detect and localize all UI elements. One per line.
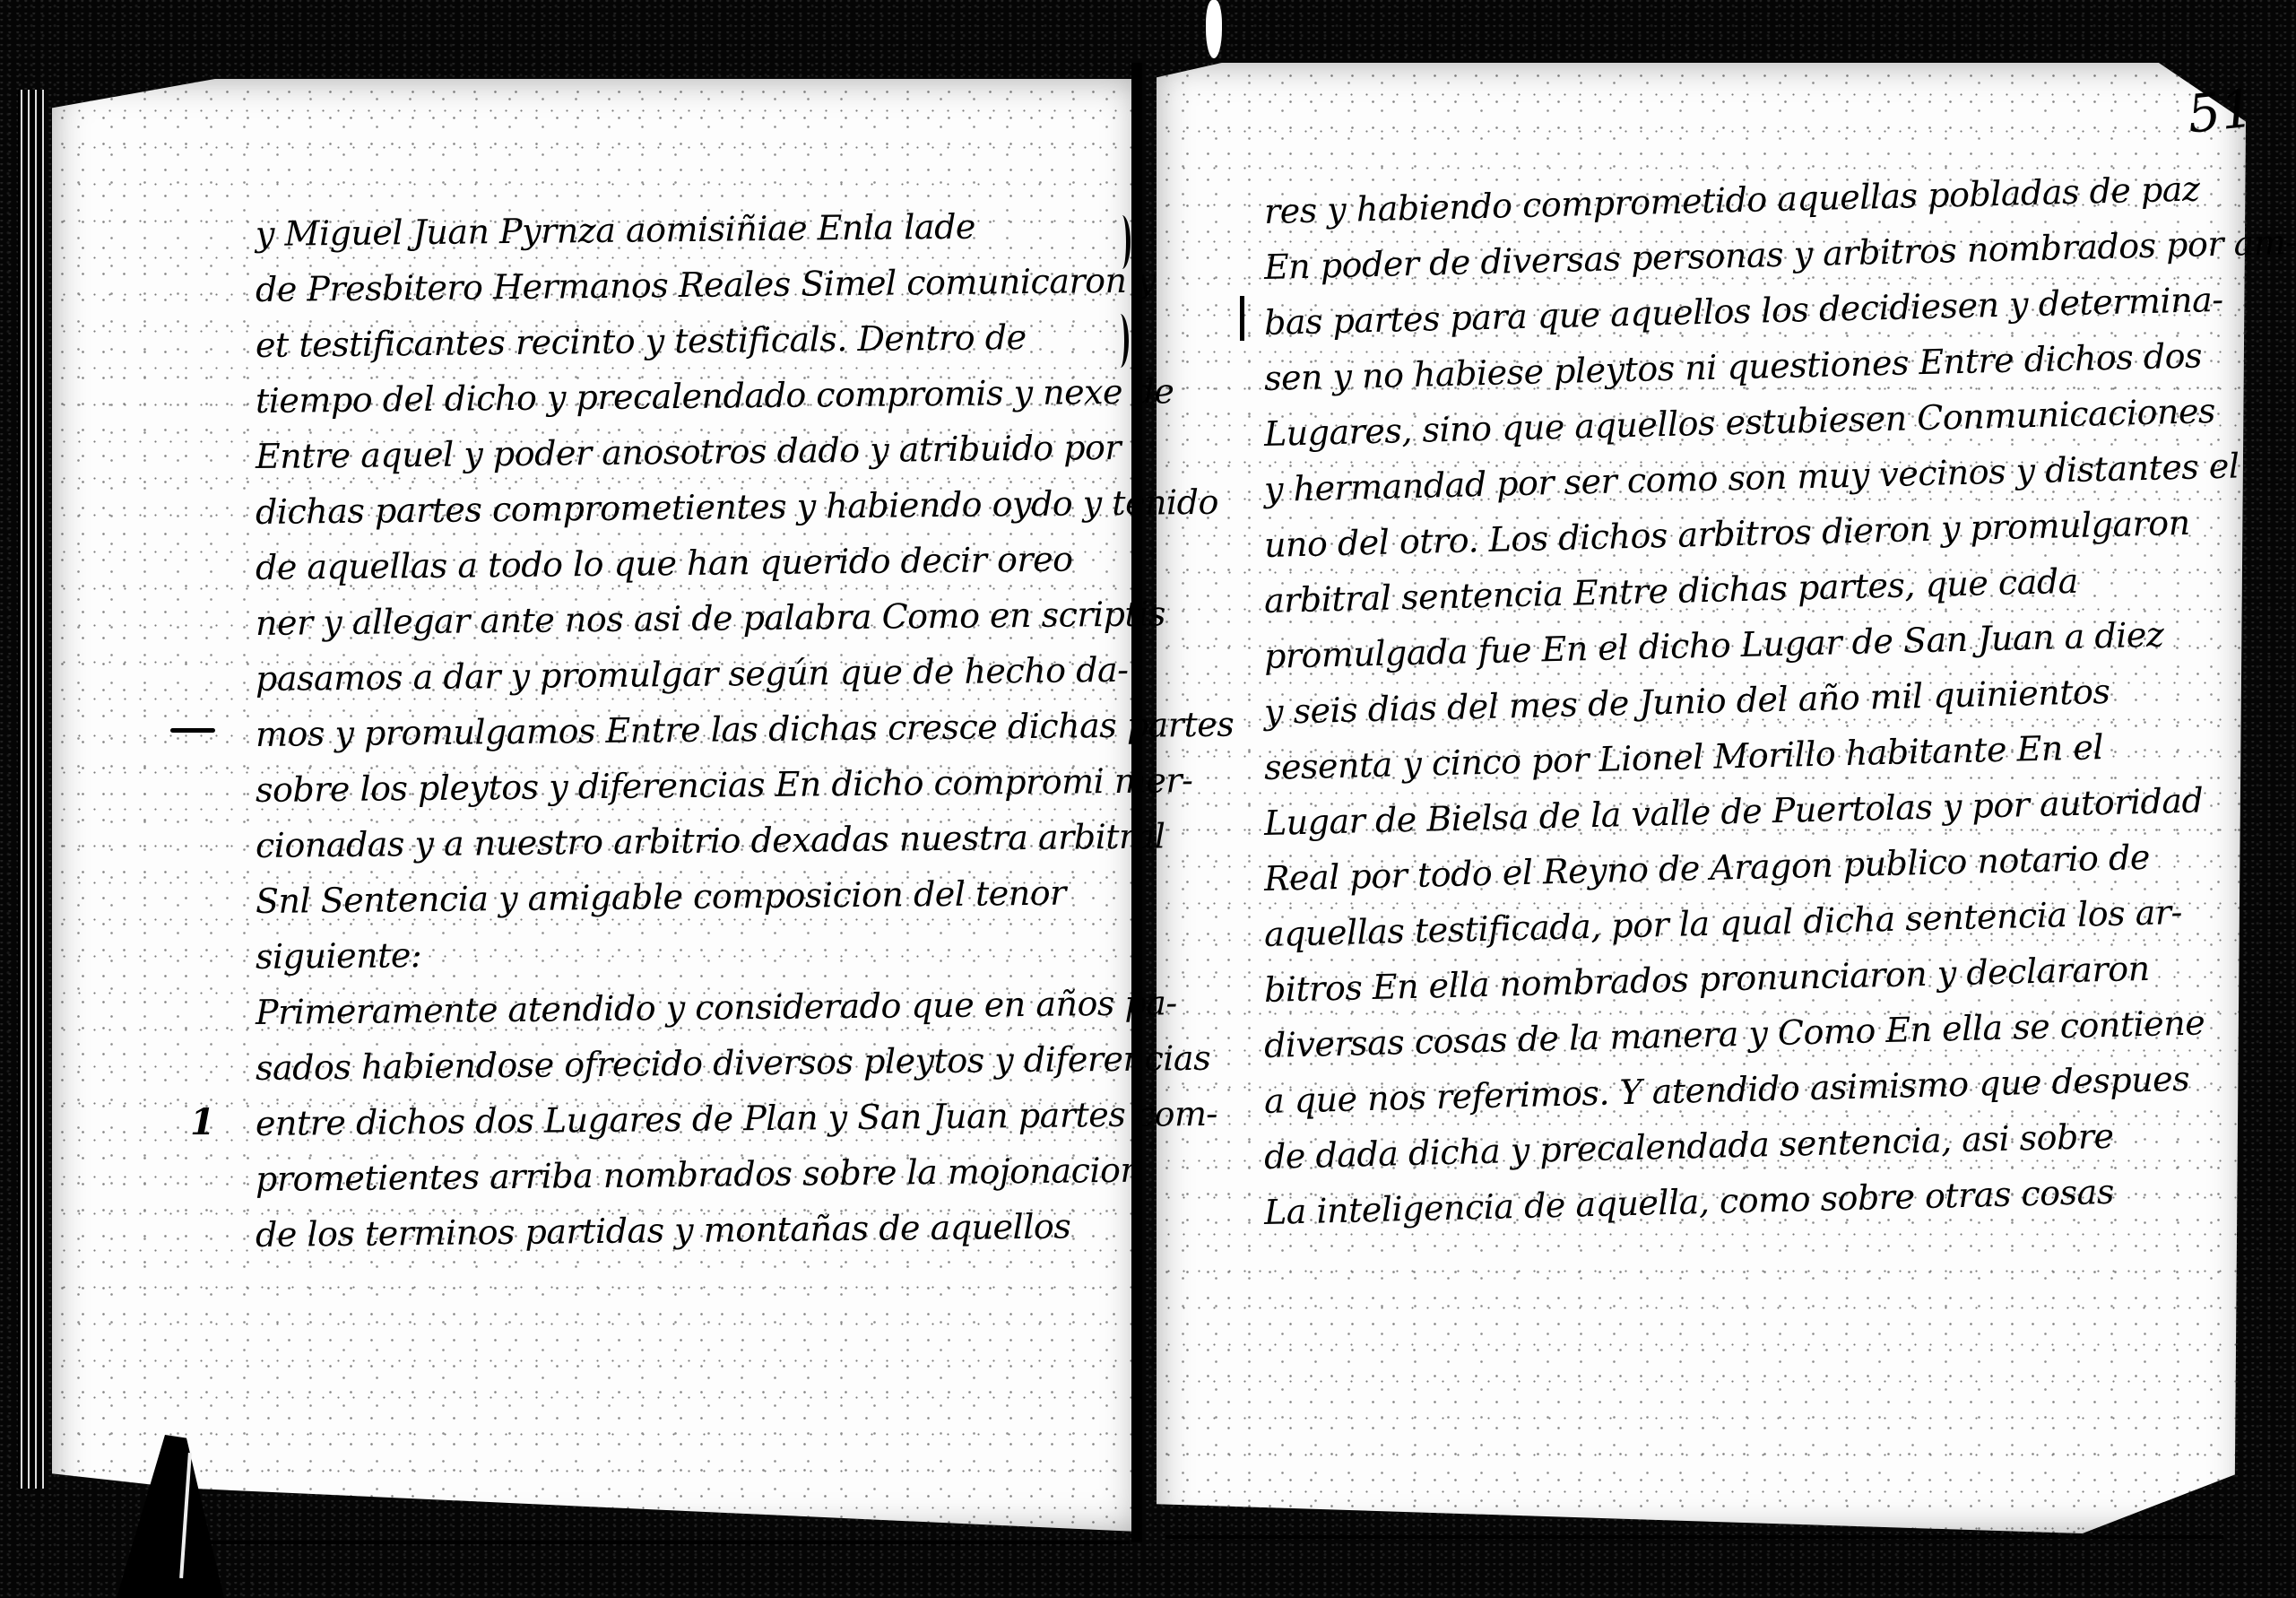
text-line: Snl Sentencia y amigable composicion del…	[256, 864, 1153, 929]
text-line: siguiente:	[256, 920, 1153, 985]
text-line: de los terminos partidas y montañas de a…	[256, 1198, 1153, 1263]
text-line: de Presbitero Hermanos Reales Simel comu…	[256, 253, 1153, 317]
text-line: pasamos a dar y promulgar según que de h…	[256, 642, 1153, 707]
margin-bracket-mark	[1240, 296, 1244, 341]
text-line: cionadas y a nuestro arbitrio dexadas nu…	[256, 809, 1153, 873]
right-page-bottom-edge	[1165, 1535, 2223, 1539]
text-line: ner y allegar ante nos asi de palabra Co…	[256, 586, 1153, 651]
text-line: Primeramente atendido y considerado que …	[256, 976, 1153, 1040]
text-line: sados habiendose ofrecido diversos pleyt…	[256, 1031, 1153, 1096]
text-line: et testificantes recinto y testificals. …	[256, 308, 1153, 373]
text-line: prometientes arriba nombrados sobre la m…	[256, 1142, 1153, 1207]
margin-paragraph-number: 1	[190, 1101, 215, 1143]
book-edge-pages	[18, 90, 45, 1489]
text-line: Entre aquel y poder anosotros dado y atr…	[256, 420, 1153, 484]
text-line: mos y promulgamos Entre las dichas cresc…	[256, 698, 1153, 762]
text-line: y Miguel Juan Pyrnza aomisiñiae Enla lad…	[256, 197, 1153, 262]
left-page-text: y Miguel Juan Pyrnza aomisiñiae Enla lad…	[256, 206, 1152, 1263]
left-page-bottom-edge	[206, 1541, 1130, 1544]
right-page-text: res y habiendo comprometido aquellas pob…	[1264, 184, 2214, 1240]
folio-number: 51	[2185, 77, 2257, 144]
binding-clip	[1206, 0, 1222, 58]
text-line: de aquellas a todo lo que han querido de…	[256, 531, 1153, 595]
text-line: sobre los pleytos y diferencias En dicho…	[256, 753, 1153, 818]
text-line: dichas partes comprometientes y habiendo…	[256, 475, 1153, 540]
text-line: entre dichos dos Lugares de Plan y San J…	[256, 1087, 1153, 1151]
margin-dash-mark	[170, 728, 215, 733]
text-line: tiempo del dicho y precalendado compromi…	[256, 364, 1153, 429]
